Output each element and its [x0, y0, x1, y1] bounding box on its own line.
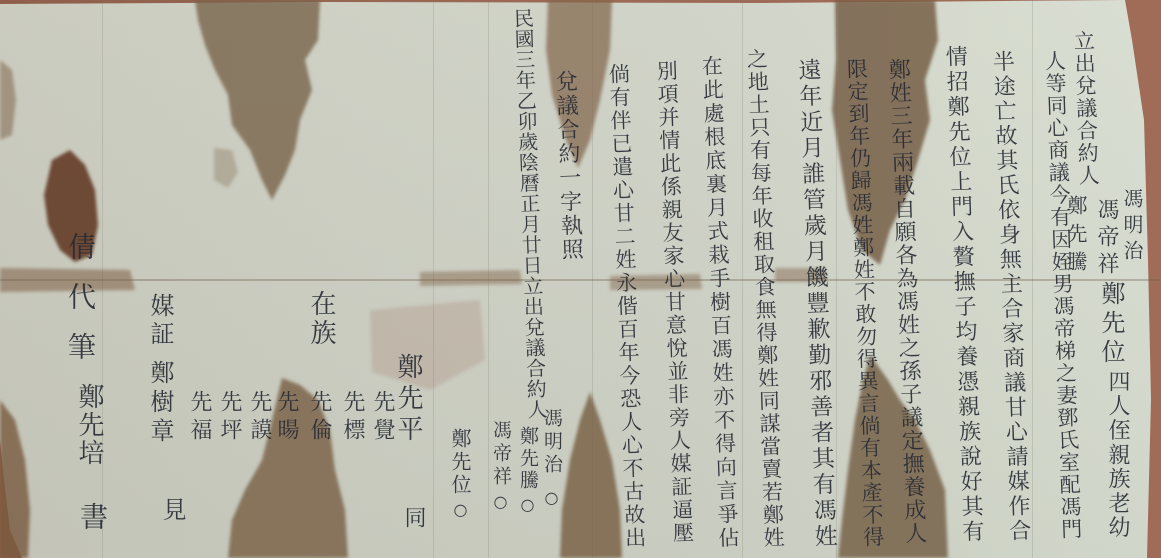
clan-witness-mark: 同 [402, 506, 424, 528]
clan-witness-lead: 鄭先平 [395, 353, 421, 446]
handwritten-text: 立出兌議合約人 馮明治 鄭先騰 馮帝祥 鄭先位 四人侄親族老幼 人等同心商議今有… [0, 0, 1161, 558]
body-column: 倘有伴已遣心甘二姓永偕百年今恐人心不古故出 [607, 63, 645, 551]
signatory-name: 馮明治 [542, 408, 561, 477]
party-name: 鄭先位 [1099, 281, 1123, 368]
signature-circle-mark: ○ [452, 500, 468, 519]
matchmaker-mark: 見 [160, 497, 184, 521]
party-name: 馮帝祥 [1095, 198, 1117, 279]
signature-circle-mark: ○ [543, 488, 559, 507]
matchmaker-name: 鄭樹章 [148, 360, 172, 447]
document-photo: 立出兌議合約人 馮明治 鄭先騰 馮帝祥 鄭先位 四人侄親族老幼 人等同心商議今有… [0, 0, 1161, 558]
signature-circle-mark: ○ [519, 495, 535, 514]
body-column: 鄭姓三年兩載自願各為馮姓之孫子議定撫養成人 [886, 58, 925, 546]
clan-witness-member: 先覺 [371, 390, 393, 446]
body-column: 別項并情此係親友家心甘意悅並非旁人媒証逼壓 [655, 60, 693, 546]
signature-circle-mark: ○ [492, 492, 508, 511]
matchmaker-label: 媒証 [148, 293, 172, 349]
signatory-name: 鄭先騰 [518, 426, 537, 492]
clan-witness-label: 在族 [308, 290, 334, 348]
body-column: 情招鄭先位上門入贅撫子均養憑親族說好其有 [943, 45, 982, 545]
clan-witness-member: 先福 [188, 390, 210, 446]
clan-witness-member: 先標 [341, 390, 363, 446]
opening-phrase: 立出兌議合約人 [1072, 30, 1098, 187]
scribe-name: 鄭先培 [76, 383, 102, 467]
body-column: 半途亡故其氏依身無主合家商議甘心請媒作合 [990, 50, 1029, 544]
clan-witness-member: 先坪 [218, 390, 240, 446]
clan-witness-member: 先謨 [248, 390, 270, 446]
opening-tail: 四人侄親族老幼 [1106, 370, 1128, 540]
scribe-mark: 書 [78, 502, 106, 530]
closing-phrase: 兌議合約一字執照 [553, 70, 582, 263]
signatory-name: 馮帝祥 [491, 420, 510, 489]
body-column: 遠年近月誰管歲月饑豐歉勤邪善者其有馮姓 [795, 58, 835, 551]
body-column: 之地土只有每年收租取食無得鄭姓同謀當賣若鄭姓 [745, 48, 783, 550]
date-line: 民國三年乙卯歲陰曆正月廿日立出兌議合約人 [512, 8, 546, 420]
clan-witness-member: 先倫 [308, 390, 330, 446]
clan-witness-member: 先暘 [275, 390, 297, 446]
party-name: 馮明治 [1122, 188, 1142, 266]
body-column: 在此處根底裏月式栽手樹百馮姓亦不得向言爭佔 [700, 55, 738, 551]
body-column: 限定到年仍歸馮姓鄭姓不敢勿得異言倘有本產不得 [845, 58, 883, 549]
scribe-label: 倩代筆 [66, 232, 94, 382]
signatory-name: 鄭先位 [450, 428, 470, 497]
